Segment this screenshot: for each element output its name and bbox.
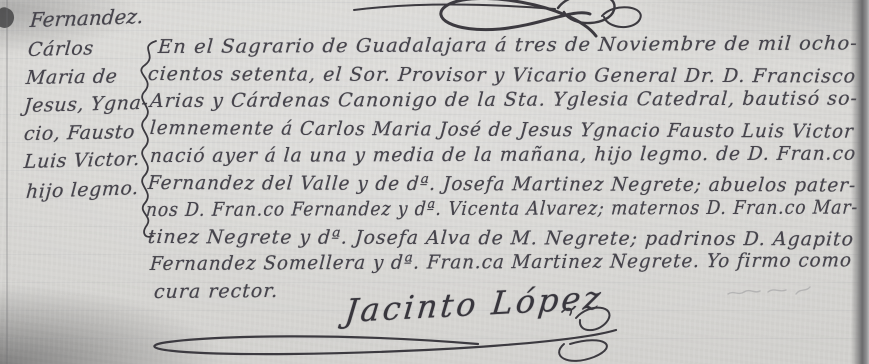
margin-note-line: Maria de — [25, 65, 118, 89]
record-text-line: En el Sagrario de Guadalajara á tres de … — [157, 32, 858, 58]
margin-note-line: hijo legmo. — [25, 177, 139, 203]
record-text-line: tinez Negrete y dª. Josefa Alva de M. Ne… — [147, 226, 855, 250]
signature-rubric-flourish — [138, 298, 643, 364]
faint-pencil-marks — [724, 282, 816, 304]
margin-note-line: Cárlos — [27, 37, 95, 61]
record-text-line: cientos setenta, el Sor. Provisor y Vica… — [147, 63, 857, 87]
paper-fold-line — [6, 0, 8, 364]
margin-surname: Fernandez. — [29, 4, 144, 32]
record-text-line: lemnemente á Carlos Maria José de Jesus … — [149, 117, 854, 143]
record-text-line: Fernandez del Valle y de dª. Josefa Mart… — [147, 172, 857, 196]
scanned-baptism-record-page: Fernandez. Cárlos Maria de Jesus, Ygna- … — [0, 0, 869, 364]
record-text-line: nos D. Fran.co Fernandez y dª. Vicenta A… — [145, 197, 859, 221]
record-text-line: Arias y Cárdenas Canonigo de la Sta. Ygl… — [149, 88, 858, 112]
page-edge-shadow — [851, 0, 869, 364]
margin-note-line: Luis Victor. — [23, 148, 141, 173]
record-text-line: nació ayer á la una y media de la mañana… — [149, 143, 857, 167]
record-text-line: Fernandez Somellera y dª. Fran.ca Martin… — [149, 249, 852, 275]
margin-note-line: cio, Fausto — [23, 121, 136, 145]
